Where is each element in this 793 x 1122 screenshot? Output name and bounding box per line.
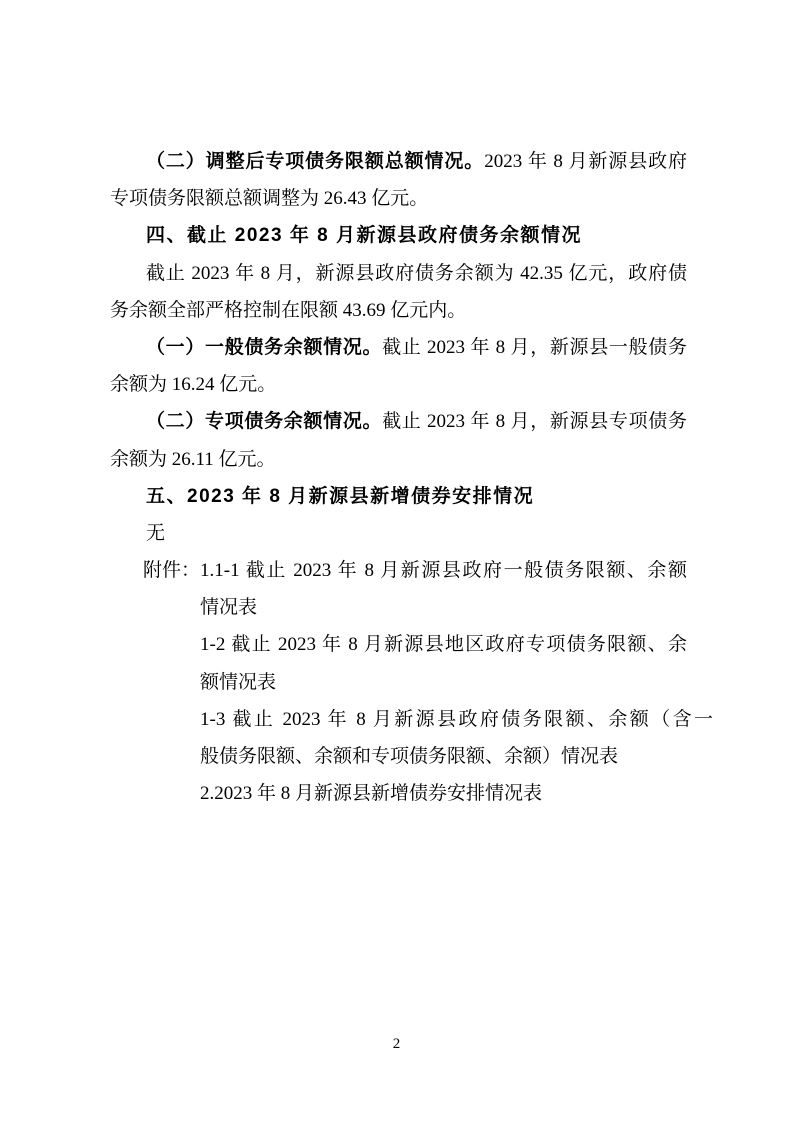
paragraph-text: 截止 2023 年 8 月，新源县专项债务 xyxy=(382,411,687,432)
attachments-row-1: 附件：1.1-1 截止 2023 年 8 月新源县政府一般债务限额、余额 xyxy=(110,552,687,589)
attachments-label: 附件： xyxy=(143,552,200,589)
paragraph-text: 2023 年 8 月新源县政府 xyxy=(484,151,687,172)
attachment-item1-line1: 1.1-1 截止 2023 年 8 月新源县政府一般债务限额、余额 xyxy=(200,552,687,589)
attachment-item2-line2: 额情况表 xyxy=(200,664,687,701)
paragraph-general-balance-line1: （一）一般债务余额情况。截止 2023 年 8 月，新源县一般债务 xyxy=(110,329,687,366)
document-page: （二）调整后专项债务限额总额情况。2023 年 8 月新源县政府 专项债务限额总… xyxy=(0,0,793,1122)
section-heading-5: 五、2023 年 8 月新源县新增债券安排情况 xyxy=(110,478,687,515)
attachment-item2-line1: 1-2 截止 2023 年 8 月新源县地区政府专项债务限额、余 xyxy=(200,626,687,663)
attachment-item4-line1: 2.2023 年 8 月新源县新增债券安排情况表 xyxy=(200,775,687,812)
attachment-item1-line2: 情况表 xyxy=(200,589,687,626)
page-number: 2 xyxy=(0,1034,793,1054)
runin-subheading-general-balance: （一）一般债务余额情况。 xyxy=(146,337,382,358)
document-body: （二）调整后专项债务限额总额情况。2023 年 8 月新源县政府 专项债务限额总… xyxy=(110,143,687,812)
paragraph-none: 无 xyxy=(110,515,687,552)
paragraph-special-balance-line1: （二）专项债务余额情况。截止 2023 年 8 月，新源县专项债务 xyxy=(110,403,687,440)
runin-subheading-adjusted-special-limit: （二）调整后专项债务限额总额情况。 xyxy=(146,151,484,172)
paragraph-total-balance-line2: 务余额全部严格控制在限额 43.69 亿元内。 xyxy=(110,292,687,329)
paragraph-general-balance-line2: 余额为 16.24 亿元。 xyxy=(110,366,687,403)
attachment-item3-line1: 1-3 截止 2023 年 8 月新源县政府债务限额、余额（含一 xyxy=(200,701,713,738)
paragraph-special-balance-line2: 余额为 26.11 亿元。 xyxy=(110,441,687,478)
section-heading-4: 四、截止 2023 年 8 月新源县政府债务余额情况 xyxy=(110,217,687,254)
paragraph-adjusted-special-limit-line1: （二）调整后专项债务限额总额情况。2023 年 8 月新源县政府 xyxy=(110,143,687,180)
paragraph-total-balance-line1: 截止 2023 年 8 月，新源县政府债务余额为 42.35 亿元，政府债 xyxy=(110,255,687,292)
paragraph-text: 截止 2023 年 8 月，新源县一般债务 xyxy=(382,337,687,358)
runin-subheading-special-balance: （二）专项债务余额情况。 xyxy=(146,411,382,432)
paragraph-adjusted-special-limit-line2: 专项债务限额总额调整为 26.43 亿元。 xyxy=(110,180,687,217)
attachment-item3-line2: 般债务限额、余额和专项债务限额、余额）情况表 xyxy=(200,738,687,775)
